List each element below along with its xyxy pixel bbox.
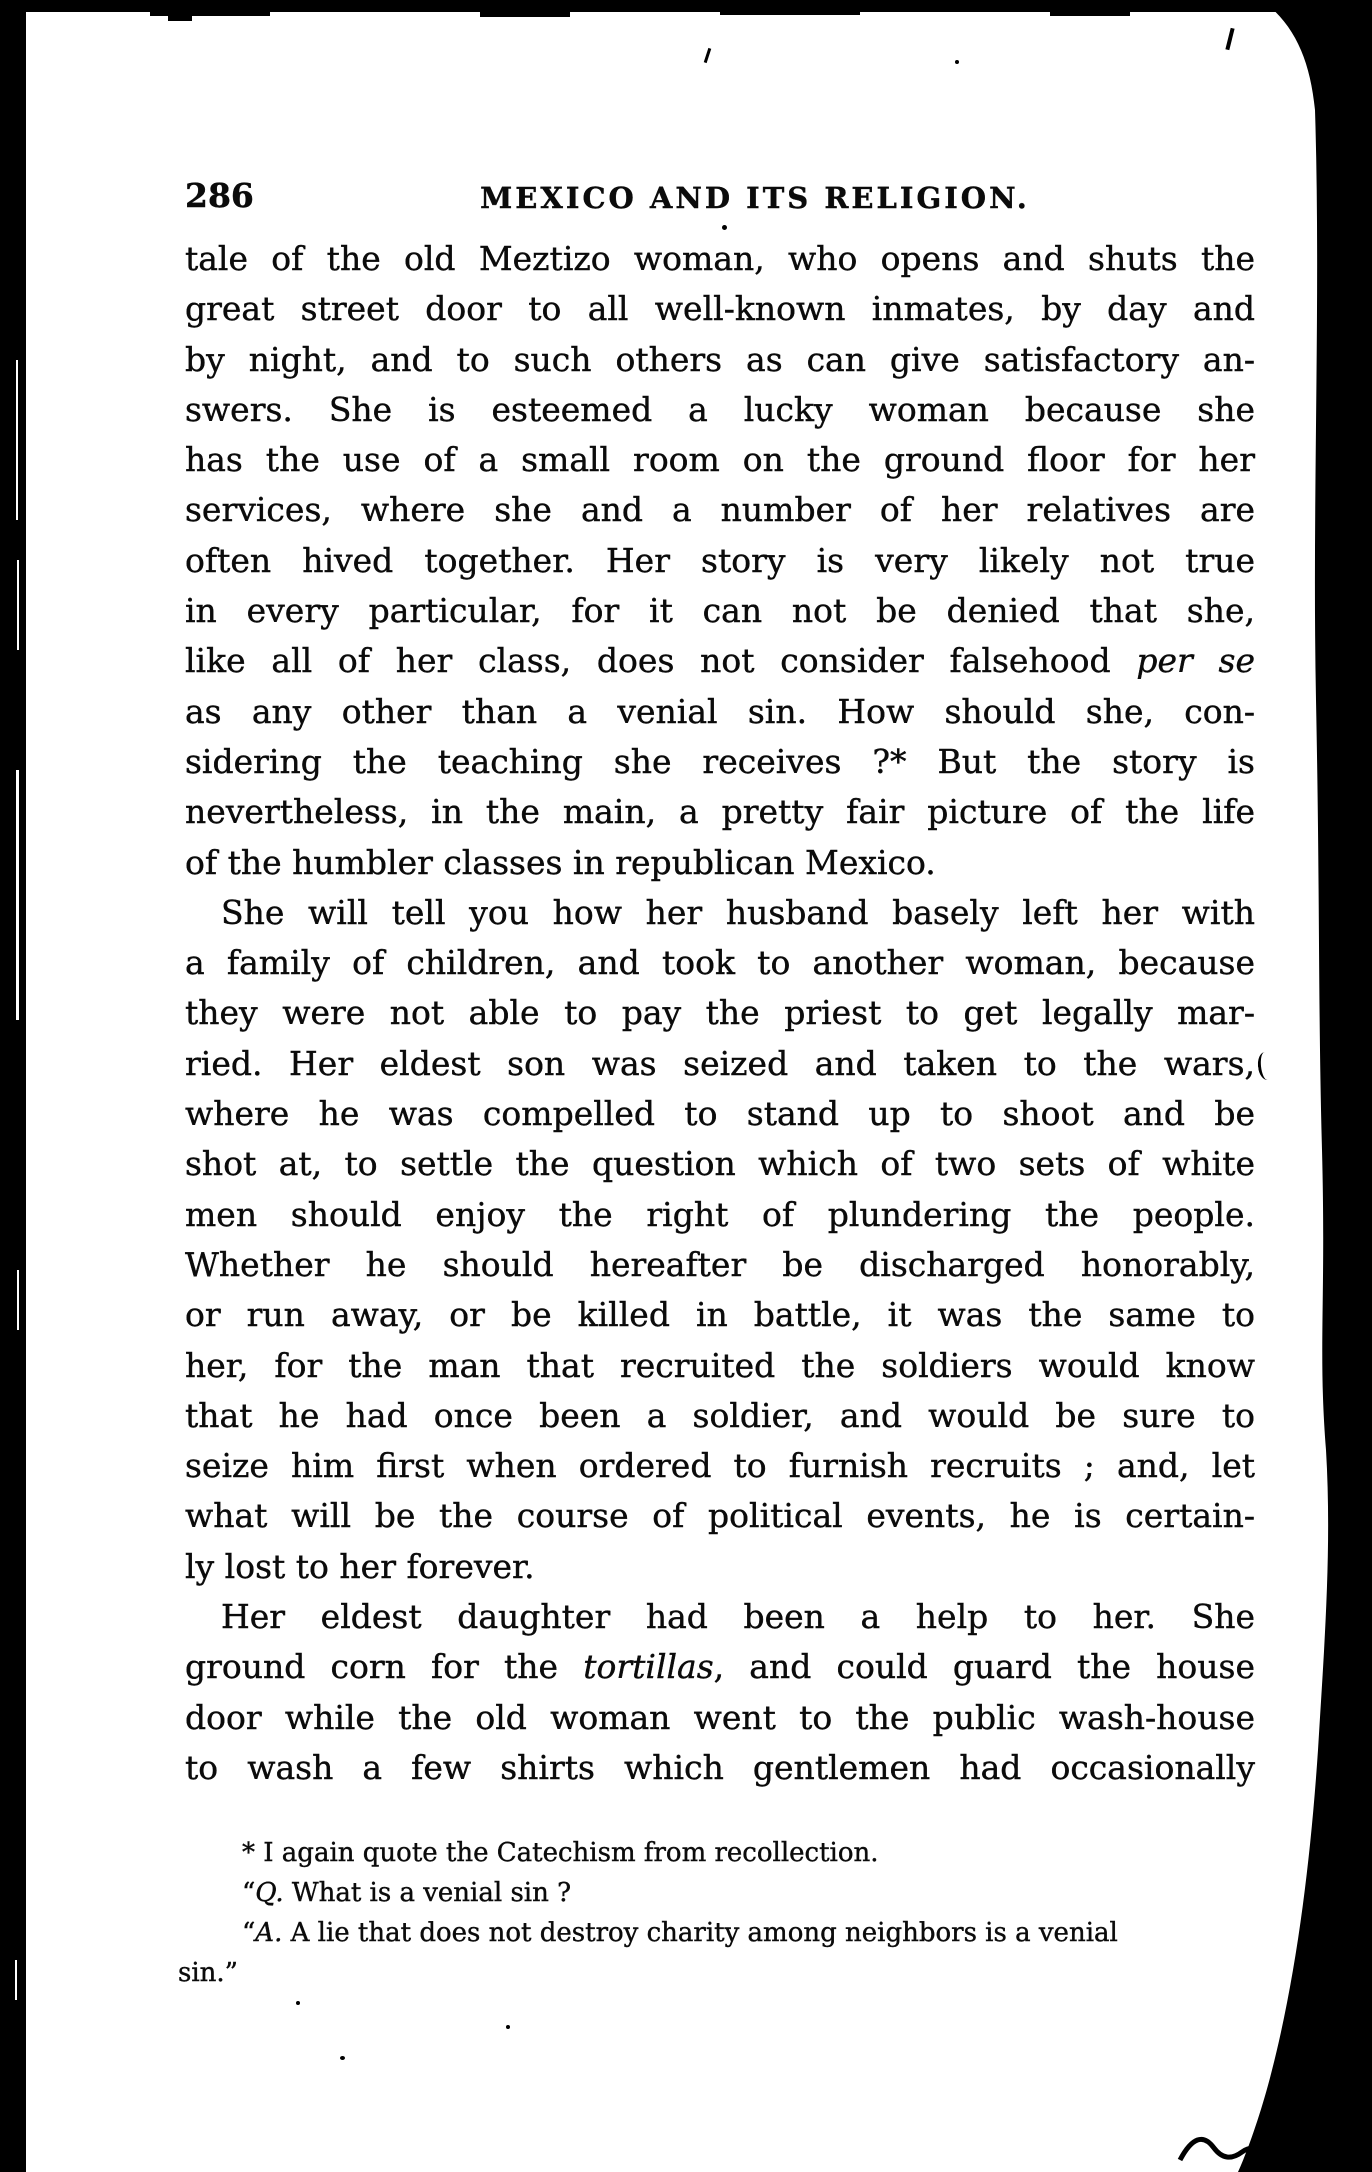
body-line: a family of children, and took to anothe… [185,938,1255,988]
text-segment: What is a venial sin ? [284,1878,571,1908]
body-line: where he was compelled to stand up to sh… [185,1089,1255,1139]
ink-tick-mark [1225,28,1234,50]
body-text: tale of the old Meztizo woman, who opens… [185,234,1255,1793]
text-segment: they were not able to pay the priest to … [185,993,1255,1032]
text-segment: sin.” [178,1958,238,1988]
body-line: ground corn for the tortillas, and could… [185,1642,1255,1692]
text-segment: nevertheless, in the main, a pretty fair… [185,792,1255,831]
scan-top-border [0,0,1372,12]
footnote-line: “Q. What is a venial sin ? [178,1873,1260,1913]
body-line: ried. Her eldest son was seized and take… [185,1039,1255,1089]
text-segment: a family of children, and took to anothe… [185,943,1255,982]
paragraph: She will tell you how her husband basely… [185,888,1255,1592]
italic-text: Q. [255,1878,283,1908]
body-line: men should enjoy the right of plundering… [185,1190,1255,1240]
text-segment: great street door to all well-known inma… [185,289,1255,328]
body-line: by night, and to such others as can give… [185,335,1255,385]
scan-border-scratch [17,1270,19,1330]
body-line: her, for the man that recruited the sold… [185,1341,1255,1391]
body-line: shot at, to settle the question which of… [185,1139,1255,1189]
text-segment: sidering the teaching she receives ?* Bu… [185,742,1255,781]
footnote-line: sin.” [178,1953,1260,1993]
running-header-title: MEXICO AND ITS RELIGION. [220,181,1290,215]
body-line: has the use of a small room on the groun… [185,435,1255,485]
text-segment: like all of her class, does not consider… [185,641,1136,680]
footnote: * I again quote the Catechism from recol… [178,1833,1260,1993]
text-segment: shot at, to settle the question which of… [185,1144,1255,1183]
scan-edge-tooth [480,12,570,17]
paragraph: tale of the old Meztizo woman, who opens… [185,234,1255,888]
text-segment: where he was compelled to stand up to sh… [185,1094,1255,1133]
body-line: Whether he should hereafter be discharge… [185,1240,1255,1290]
text-segment: men should enjoy the right of plundering… [185,1195,1255,1234]
ink-dot-mark [722,225,727,230]
ink-slash-mark [704,48,711,63]
body-line: often hived together. Her story is very … [185,536,1255,586]
text-segment: that he had once been a soldier, and wou… [185,1396,1255,1435]
body-line: She will tell you how her husband basely… [185,888,1255,938]
body-line: in every particular, for it can not be d… [185,586,1255,636]
body-line: seize him first when ordered to furnish … [185,1441,1255,1491]
text-segment: or run away, or be killed in battle, it … [185,1295,1255,1334]
body-line: door while the old woman went to the pub… [185,1693,1255,1743]
ink-speck [506,2025,510,2029]
ink-speck [340,2056,345,2060]
body-line: great street door to all well-known inma… [185,284,1255,334]
text-segment: in every particular, for it can not be d… [185,591,1255,630]
text-segment: of the humbler classes in republican Mex… [185,843,936,882]
body-line: what will be the course of political eve… [185,1491,1255,1541]
body-line: of the humbler classes in republican Mex… [185,838,1255,888]
text-segment: swers. She is esteemed a lucky woman bec… [185,390,1255,429]
scan-border-scratch [16,770,19,1020]
scanned-book-page: 286 MEXICO AND ITS RELIGION. tale of the… [0,0,1372,2172]
body-line: ly lost to her forever. [185,1542,1255,1592]
text-segment: Whether he should hereafter be discharge… [185,1245,1255,1284]
scan-border-scratch [16,360,18,520]
text-segment: what will be the course of political eve… [185,1496,1255,1535]
text-segment: ly lost to her forever. [185,1547,535,1586]
text-segment: , and could guard the house [714,1647,1255,1686]
text-segment: her, for the man that recruited the sold… [185,1346,1255,1385]
italic-text: A. [255,1918,282,1948]
text-segment: by night, and to such others as can give… [185,340,1255,379]
ink-speck [955,60,959,64]
text-segment: services, where she and a number of her … [185,490,1255,529]
text-segment: A lie that does not destroy charity amon… [282,1918,1117,1948]
text-segment: “ [242,1918,255,1948]
text-segment: “ [242,1878,255,1908]
scan-edge-tooth [168,12,192,21]
scan-left-border [0,0,26,2172]
text-segment: She will tell you how her husband basely… [221,893,1255,932]
body-line: nevertheless, in the main, a pretty fair… [185,787,1255,837]
text-segment: door while the old woman went to the pub… [185,1698,1255,1737]
body-line: sidering the teaching she receives ?* Bu… [185,737,1255,787]
body-line: services, where she and a number of her … [185,485,1255,535]
text-segment: seize him first when ordered to furnish … [185,1446,1255,1485]
text-segment: Her eldest daughter had been a help to h… [221,1597,1255,1636]
body-line: Her eldest daughter had been a help to h… [185,1592,1255,1642]
footnote-line: * I again quote the Catechism from recol… [178,1833,1260,1873]
scan-edge-tooth [1050,12,1130,16]
body-line: they were not able to pay the priest to … [185,988,1255,1038]
body-line: that he had once been a soldier, and wou… [185,1391,1255,1441]
scan-border-scratch [15,1960,17,2000]
scan-edge-tooth [720,12,860,15]
text-segment: has the use of a small room on the groun… [185,440,1255,479]
body-line: as any other than a venial sin. How shou… [185,687,1255,737]
body-line: or run away, or be killed in battle, it … [185,1290,1255,1340]
paragraph: Her eldest daughter had been a help to h… [185,1592,1255,1793]
footnote-line: “A. A lie that does not destroy charity … [178,1913,1260,1953]
text-segment: ried. Her eldest son was seized and take… [185,1044,1255,1083]
scan-border-scratch [17,560,19,650]
italic-text: per se [1136,641,1255,680]
italic-text: tortillas [583,1647,713,1686]
body-line: like all of her class, does not consider… [185,636,1255,686]
ink-paren-mark [1257,1051,1276,1081]
ink-speck [296,2001,300,2005]
body-line: to wash a few shirts which gentlemen had… [185,1743,1255,1793]
text-segment: often hived together. Her story is very … [185,541,1255,580]
text-segment: * I again quote the Catechism from recol… [242,1838,879,1868]
text-segment: ground corn for the [185,1647,583,1686]
body-line: tale of the old Meztizo woman, who opens… [185,234,1255,284]
text-segment: tale of the old Meztizo woman, who opens… [185,239,1255,278]
text-segment: as any other than a venial sin. How shou… [185,692,1255,731]
body-line: swers. She is esteemed a lucky woman bec… [185,385,1255,435]
text-segment: to wash a few shirts which gentlemen had… [185,1748,1255,1787]
